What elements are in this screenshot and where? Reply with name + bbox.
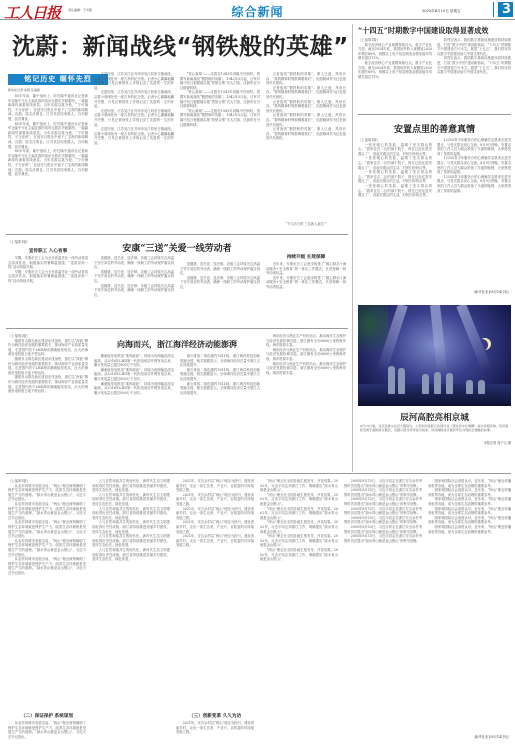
zhejiang-column-2: 潮流能发电机组“乘风破浪”，持续为电网输送清洁能源。从2016年LHD第一代机组… [94,354,174,464]
bottom-column-3b: 2021年，安吉余村以“两山”理念为指引，建设美丽乡村，走出一条生态美、产业兴、… [176,721,254,745]
bottom-column-3: 2021年，安吉余村以“两山”理念为指引，建设美丽乡村，走出一条生态美、产业兴、… [176,479,254,707]
lead-column-2: 走进同里，江苏吴江区苏州市吴江同里古镇南段，沿着小巷深处有一座古朴的纪念馆。记者… [94,72,174,228]
anhui-column-3: 送健康、送关爱、送法律，各级工会持续关注高温下坚守岗位的劳动者，确保一线职工的劳… [180,262,260,322]
bottom-subhead-3: （三）创新变革 久久为功 [176,713,254,719]
lead-kicker: 铭记历史 缅怀先烈 [8,74,108,85]
anhui-column-4: 近年来，安康市总工会逐步构建了“暖心驿站+流动服务+安全教育”的一体化工作模式，… [266,262,346,322]
lead-column-4: 记者战线“钢铁般的英雄”。斯人已逝，风骨长存。“我的精神时刻鼓舞着我们”，沈蔚精… [266,72,346,222]
photo-credit: 本报记者 周子元 摄 [360,440,511,445]
anhui-dateline: （上接第1版） [8,240,88,248]
anhui-subhead-2: 持续升级 长效保障 [266,254,346,260]
zhejiang-column-4: 海洋经济与渔业生产有机结合，推动海洋生态保护与经济发展协调共进。浙江拥有全长66… [266,334,346,464]
anju-signoff: （新华社北京8月14日电） [437,290,511,296]
divider [6,473,511,474]
anhui-headline: 安康“三送”关爱一线劳动者 [94,241,260,254]
photo-title: 辰河高腔亮相京城 [358,411,511,423]
bottom-column-1: （上接第1版）从农村到城市发展全局，“两山”理念深刻阐明了保护生态环境就是保护生… [8,479,86,707]
bottom-column-6: 国家和国际社会高度认可。近年来，“两山”理念传播到世界各地，成为全球生态治理的重… [428,479,511,729]
divider [358,114,511,115]
side-column-1: （上接第1版）数字经济核心产业规模持续壮大。数字产业化方面，截至2024年底，我… [358,38,432,108]
zhejiang-column-3: 减少排放二氧化碳约7611吨。浙江海洋科技创新领跑全国，相关数据显示，全球海洋经… [180,354,260,464]
lead-continue-note: “不久后日的‘三位新人诞生’” [266,222,346,228]
side-headline: “十四五”时期数字中国建设取得显著成效 [358,26,488,36]
issue-date: 2025年8月15日 星期五 [422,9,461,14]
zhejiang-headline: 向海而兴，浙江海洋经济动能澎湃 [94,339,260,350]
bottom-column-1b: 从农村到城市发展全局，“两山”理念深刻阐明了保护生态环境就是保护生产力、改善生态… [8,721,86,745]
column-divider [352,24,353,472]
bottom-signoff: （新华社北京8月14日电） [428,735,511,741]
anhui-subhead-1: 宣传职工 入心有事 [8,248,88,254]
bottom-column-5: 2005年8月15日，习近平同志在浙江安吉余村考察时首次提出“绿水青山就是金山银… [344,479,422,745]
anju-column-2: 12355青少年服务台的心理辅导志愿者走进安置点，与受灾群众谈心交流。8月9日傍… [437,138,511,288]
anhui-column-2: 送健康、送关爱、送法律，各级工会持续关注高温下坚守岗位的劳动者，确保一线职工的劳… [94,256,174,322]
divider [6,234,348,235]
bottom-column-2: 人与自然和谐共生的现代化，新时代生态文明建设取得历史性成就。浙江省持续推进美丽乡… [92,479,170,745]
zhejiang-column-1: （上接第1版）随着舟山群岛新区建设步伐加快，浙江以“深蓝”牌作为海洋经济发展的重… [8,334,88,464]
lead-headline: 沈蔚：新闻战线“钢铁般的英雄” [12,28,349,61]
anju-column-1: （上接第1版）一张张暖心的笑脸，温暖了受灾群众的心。“我家住在二社的那个院子，现… [358,138,432,298]
lead-byline: 新华社记者 朱程 任丽颖 [8,88,40,92]
stage-photo [358,305,511,406]
bottom-subhead-2: （二）保证保护 系统谋划 [8,713,86,719]
page-number: 3 [494,2,513,17]
anhui-column-1: 早期，安康市总工会为全市高温作业一线劳动者送去清凉饮品，积极落实防暑降温措施，“… [8,256,88,322]
lead-column-3: “铁心新闻”——沈蔚在1941年到隆中任职时，曾撰写新闻战线“钢铁般的英雄”。1… [180,72,260,228]
lead-column-1: 80多年前，隆中战场上，时任隆中通讯社记者新华社隆中分社主编沈蔚的电讯无数次突破… [8,94,88,228]
anju-headline: 安置点里的善意真情 [358,122,511,135]
bottom-column-4: “两山”理念在全国各地生根发芽，开花结果。2002年，习近平同志到浙江工作，明确… [260,479,338,745]
side-column-2: 刘烈宏表示，我国数字基础设施建设将持续推进，打造“数字中国”建设新格局。“十四五… [437,38,511,108]
divider [6,328,348,329]
photo-caption: 8月13日晚，北京民族文化宫大剧院内，大型辰河高腔红色现代戏《望龙亭中红旗飘》首… [360,424,511,433]
